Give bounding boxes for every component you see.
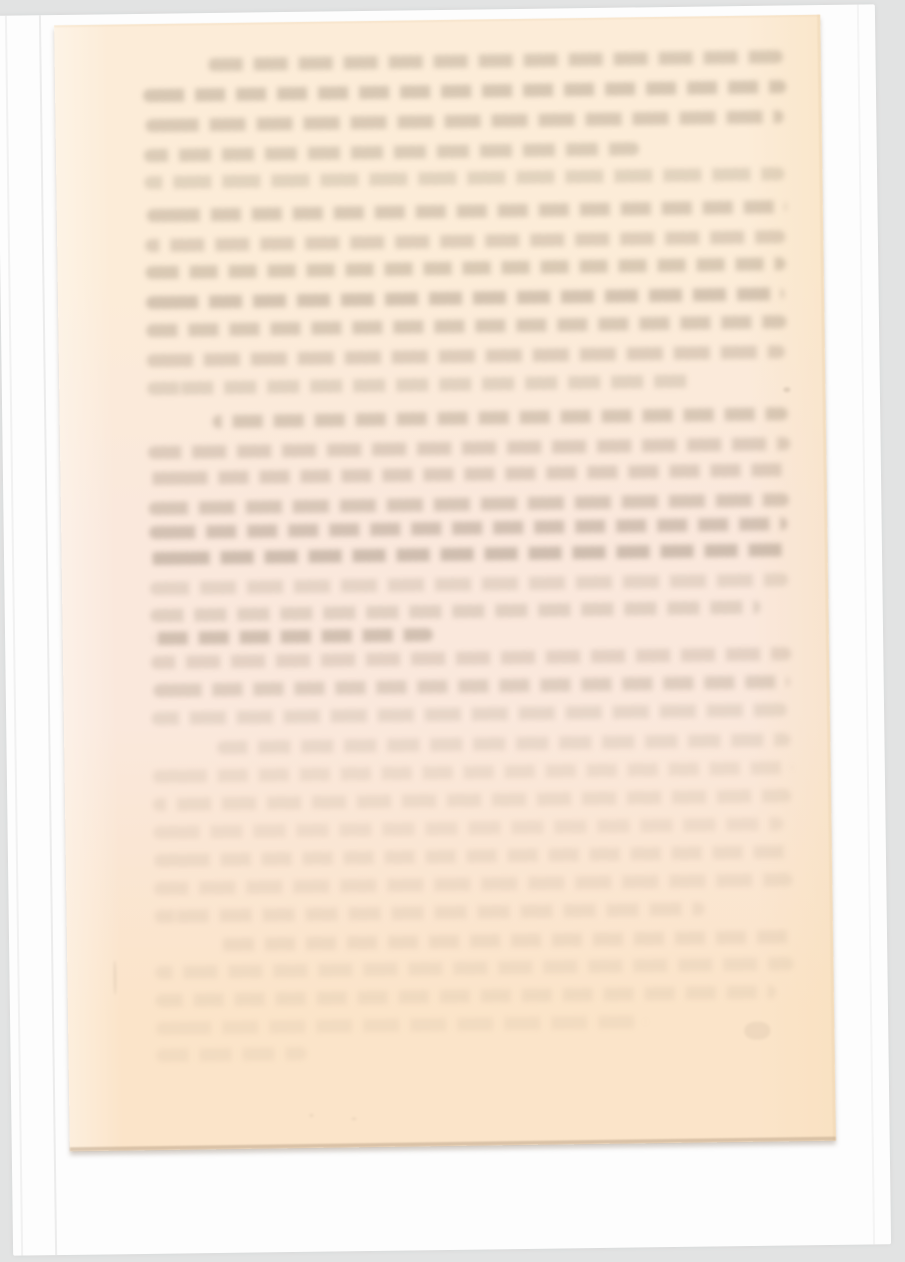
dust-smudge (309, 1114, 313, 1117)
dust-smudge (351, 1117, 356, 1120)
dust-smudge (744, 1022, 770, 1040)
bleed-text-line (153, 761, 793, 783)
bleed-text-line (144, 167, 784, 189)
bleed-text-line (149, 493, 789, 515)
dust-smudge (783, 387, 790, 392)
bleed-text-line (153, 628, 433, 645)
bleed-text-line (150, 601, 760, 623)
bleed-text-line (147, 374, 697, 395)
bleed-text-line (153, 675, 789, 697)
bleed-text-line (148, 463, 788, 485)
bleed-text-line (146, 287, 784, 309)
page-stack-edge-line (857, 5, 875, 1245)
bleed-text-line (144, 142, 639, 162)
bleed-text-line (147, 200, 787, 222)
book-page (54, 15, 836, 1152)
bleed-text-line (146, 257, 786, 279)
bleed-text-line (154, 873, 792, 895)
bleed-text-line (143, 80, 786, 102)
bleed-text-line (217, 733, 790, 754)
scanned-document (0, 0, 905, 1262)
bleed-text-line (213, 407, 788, 428)
bleed-text-line (155, 957, 793, 979)
page-stack-edge-line (39, 15, 57, 1255)
bleed-text-line (147, 345, 785, 367)
bleed-text-line (152, 703, 787, 725)
bleed-text-line (156, 1015, 646, 1035)
bleed-text-line (154, 845, 794, 867)
bleed-text-line (150, 543, 790, 565)
page-stack-edge-line (5, 16, 23, 1256)
bleed-text-line (146, 315, 786, 337)
bleed-text-line (150, 573, 788, 595)
bleed-text-line (208, 50, 783, 71)
bleed-text-line (153, 789, 791, 811)
bleed-text-line (148, 437, 790, 459)
bleed-text-line (145, 230, 785, 252)
bleed-through-text (54, 15, 836, 1152)
bleed-text-line (151, 647, 791, 669)
bleed-text-line (156, 1047, 306, 1062)
bleed-text-line (155, 902, 705, 923)
bleed-text-line (145, 110, 783, 132)
bleed-text-line (149, 517, 787, 539)
bleed-text-line (220, 930, 795, 951)
bleed-text-line (156, 985, 776, 1007)
bleed-text-line (153, 817, 783, 839)
